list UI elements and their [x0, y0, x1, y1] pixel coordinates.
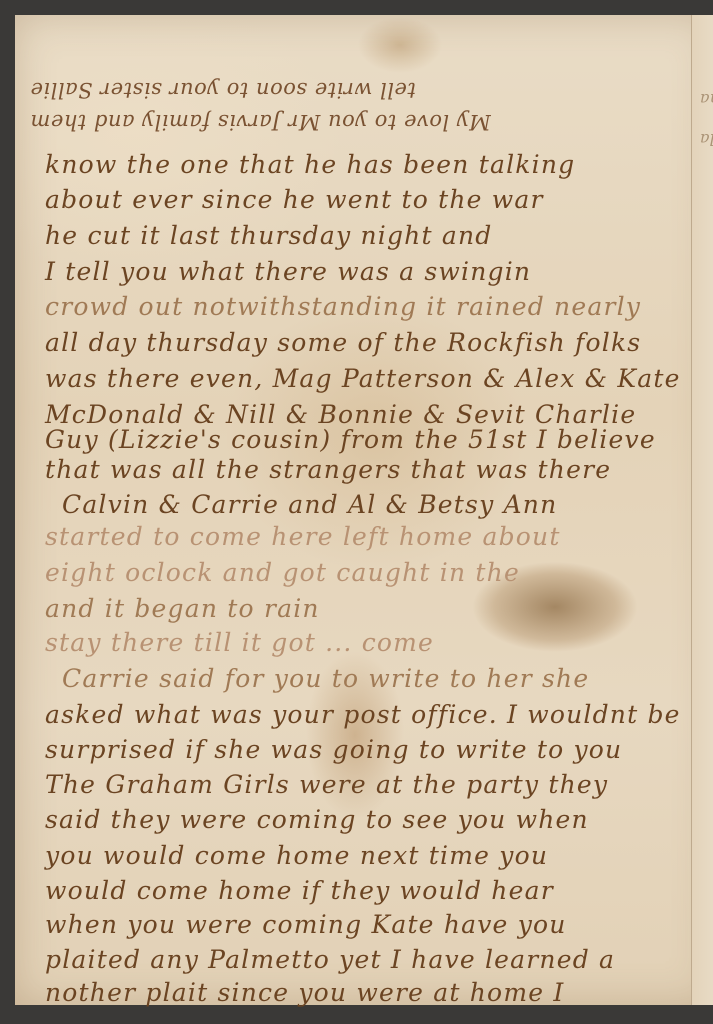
letter-line-6: all day thursday some of the Rockfish fo… — [45, 328, 690, 357]
bleed-through-text: la — [700, 130, 713, 149]
letter-line-14: and it began to rain — [45, 594, 690, 623]
letter-line-25: nother plait since you were at home I — [45, 978, 690, 1007]
letter-line-21: you would come home next time you — [45, 841, 690, 870]
letter-line-10: that was all the strangers that was ther… — [45, 455, 690, 484]
letter-line-7: was there even, Mag Patterson & Alex & K… — [45, 364, 690, 393]
letter-line-2: about ever since he went to the war — [45, 185, 690, 214]
letter-line-15: stay there till it got ... come — [45, 628, 690, 657]
letter-line-20: said they were coming to see you when — [45, 805, 690, 834]
letter-line-23: when you were coming Kate have you — [45, 910, 690, 939]
letter-line-5: crowd out notwithstanding it rained near… — [45, 292, 690, 321]
letter-line-24: plaited any Palmetto yet I have learned … — [45, 945, 690, 974]
letter-line-3: he cut it last thursday night and — [45, 221, 690, 250]
letter-line-12: started to come here left home about — [45, 522, 690, 551]
letter-line-16: Carrie said for you to write to her she — [62, 664, 707, 693]
letter-line-11: Calvin & Carrie and Al & Betsy Ann — [62, 490, 707, 519]
letter-line-9: Guy (Lizzie's cousin) from the 51st I be… — [45, 425, 690, 454]
letter-line-19: The Graham Girls were at the party they — [45, 770, 690, 799]
letter-line-13: eight oclock and got caught in the — [45, 558, 690, 587]
letter-line-18: surprised if she was going to write to y… — [45, 735, 690, 764]
postscript-line-1: My love to you Mr Jarvis family and them — [30, 110, 670, 134]
letter-line-1: know the one that he has been talking — [45, 150, 690, 179]
postscript-line-2: tell write soon to your sister Sallie — [30, 78, 670, 102]
letter-line-22: would come home if they would hear — [45, 876, 690, 905]
letter-line-4: I tell you what there was a swingin — [45, 257, 690, 286]
letter-line-17: asked what was your post office. I would… — [45, 700, 690, 729]
bleed-through-text: ha — [700, 90, 713, 109]
